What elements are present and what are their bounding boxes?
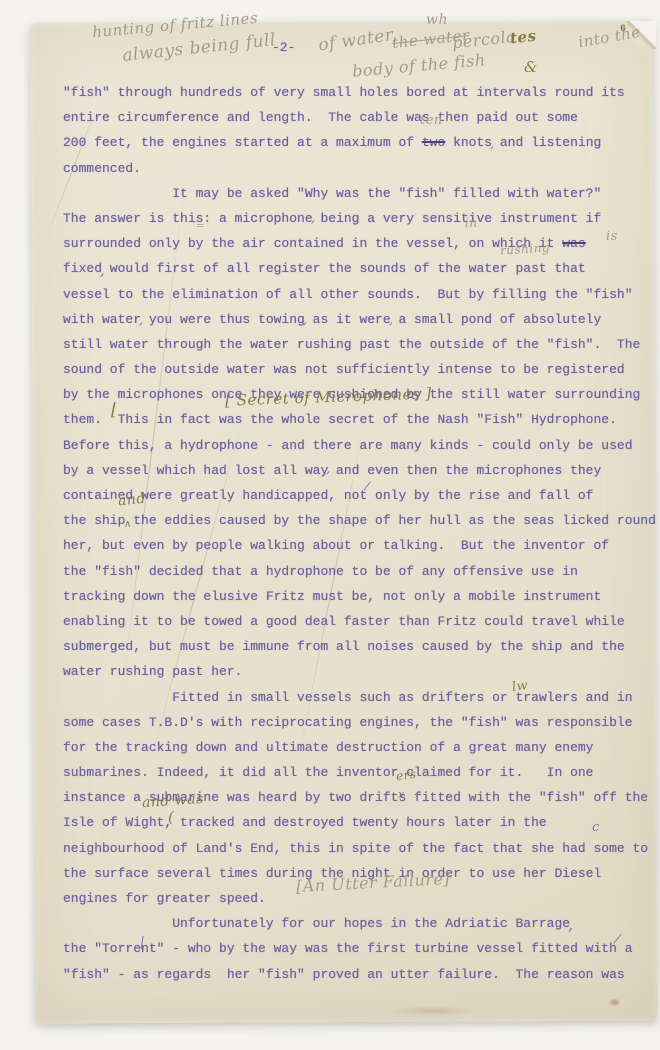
typed-line: her, but even by people walking about or…	[63, 533, 656, 558]
typed-line: Isle of Wight, tracked and destroyed twe…	[63, 810, 656, 835]
typed-line: some cases T.B.D's with reciprocating en…	[63, 710, 656, 735]
typed-line: the "Torrent" - who by the way was the f…	[63, 936, 656, 961]
typed-line: submarines. Indeed, it did all the inven…	[63, 760, 656, 785]
typed-line: the surface several times during the nig…	[63, 861, 656, 886]
typed-line: sound of the outside water was not suffi…	[63, 357, 656, 382]
typed-line: submerged, but must be immune from all n…	[63, 634, 656, 659]
typed-line: fixed would first of all register the so…	[63, 256, 656, 281]
typed-line: the "fish" decided that a hydrophone to …	[63, 559, 656, 584]
typed-line: with water you were thus towing as it we…	[63, 307, 656, 332]
typed-line: vessel to the elimination of all other s…	[63, 282, 656, 307]
typed-line: Unfortunately for our hopes in the Adria…	[63, 911, 656, 936]
typed-line: entire circumference and length. The cab…	[63, 105, 656, 130]
corner-page-index: 6	[620, 24, 626, 35]
typed-line: the ship the eddies caused by the shape …	[63, 508, 656, 533]
folded-corner	[626, 21, 656, 49]
typed-line: The answer is this: a microphone being a…	[63, 206, 656, 231]
typed-text-block: "fish" through hundreds of very small ho…	[63, 80, 656, 987]
typed-line: by a vessel which had lost all way and e…	[63, 458, 656, 483]
typed-line: contained were greatly handicapped, not …	[63, 483, 656, 508]
typed-line: commenced.	[63, 156, 656, 181]
photo-backdrop: 6 -2- "fish" through hundreds of very sm…	[0, 0, 660, 1050]
typed-line: enabling it to be towed a good deal fast…	[63, 609, 656, 634]
typed-line: Before this, a hydrophone - and there ar…	[63, 433, 656, 458]
typed-line: still water through the water rushing pa…	[63, 332, 656, 357]
typed-line: It may be asked "Why was the "fish" fill…	[63, 181, 656, 206]
stain	[388, 1006, 478, 1016]
typed-line: water rushing past her.	[63, 659, 656, 684]
typed-line: 200 feet, the engines started at a maxim…	[63, 130, 656, 155]
typed-line: neighbourhood of Land's End, this in spi…	[63, 836, 656, 861]
stain	[608, 998, 621, 1007]
typed-line: by the microphones once they were cushio…	[63, 382, 656, 407]
typed-line: "fish" through hundreds of very small ho…	[63, 80, 656, 105]
typed-line: tracking down the elusive Fritz must be,…	[63, 584, 656, 609]
typed-line: engines for greater speed.	[63, 886, 656, 911]
typed-line: surrounded only by the air contained in …	[63, 231, 656, 256]
typed-line: "fish" - as regards her "fish" proved an…	[63, 962, 656, 987]
page-number: -2-	[272, 40, 295, 55]
typed-line: them. This in fact was the whole secret …	[63, 407, 656, 432]
typed-line: instance a submarine was heard by two dr…	[63, 785, 656, 810]
typed-line: Fitted in small vessels such as drifters…	[63, 685, 656, 710]
typed-line: for the tracking down and ultimate destr…	[63, 735, 656, 760]
